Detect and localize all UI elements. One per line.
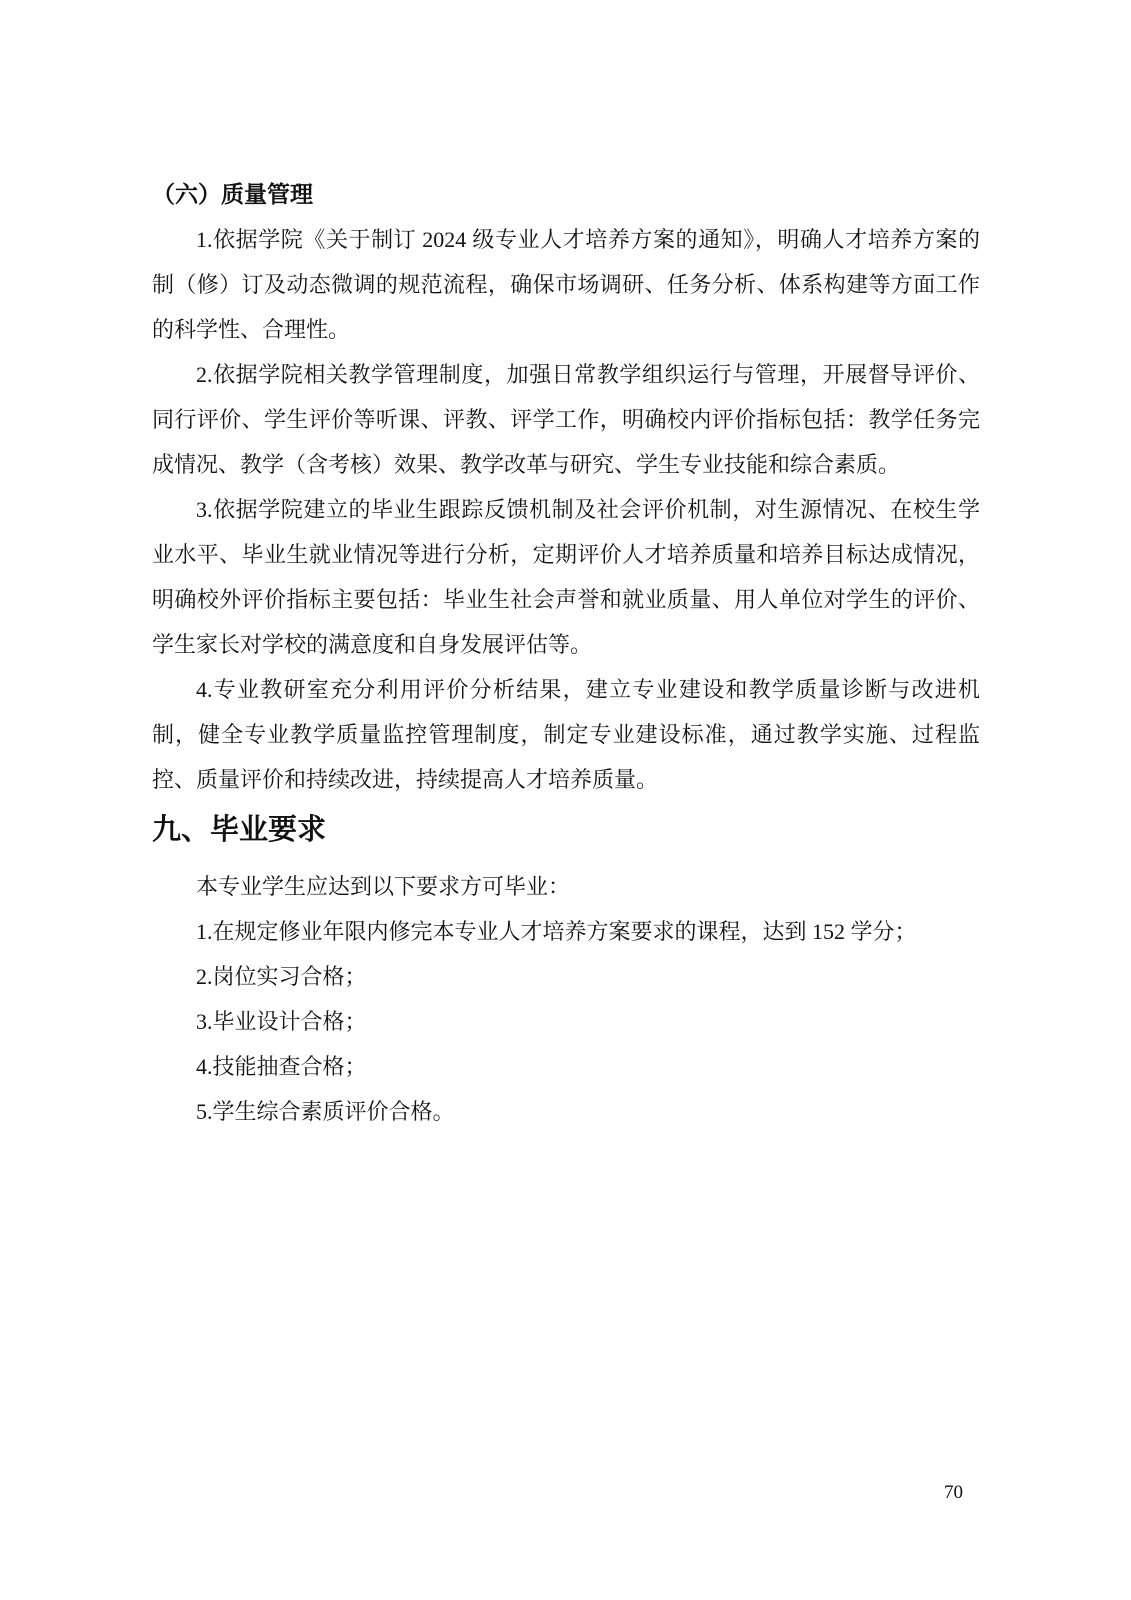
quality-paragraph-4: 4.专业教研室充分利用评价分析结果，建立专业建设和教学质量诊断与改进机制，健全专… (152, 667, 980, 802)
quality-paragraph-1: 1.依据学院《关于制订 2024 级专业人才培养方案的通知》，明确人才培养方案的… (152, 217, 980, 352)
graduation-item-1: 1.在规定修业年限内修完本专业人才培养方案要求的课程，达到 152 学分； (152, 909, 980, 954)
section-heading-graduation-requirements: 九、毕业要求 (152, 810, 980, 850)
page-content: （六）质量管理 1.依据学院《关于制订 2024 级专业人才培养方案的通知》，明… (152, 172, 980, 1134)
graduation-item-4: 4.技能抽查合格； (152, 1044, 980, 1089)
graduation-item-5: 5.学生综合素质评价合格。 (152, 1089, 980, 1134)
graduation-item-3: 3.毕业设计合格； (152, 999, 980, 1044)
graduation-item-2: 2.岗位实习合格； (152, 954, 980, 999)
graduation-intro: 本专业学生应达到以下要求方可毕业： (152, 864, 980, 909)
section-heading-quality-management: （六）质量管理 (152, 172, 980, 217)
page-number: 70 (944, 1482, 963, 1504)
quality-paragraph-2: 2.依据学院相关教学管理制度，加强日常教学组织运行与管理，开展督导评价、同行评价… (152, 352, 980, 487)
document-page: （六）质量管理 1.依据学院《关于制订 2024 级专业人才培养方案的通知》，明… (0, 0, 1131, 1600)
quality-paragraph-3: 3.依据学院建立的毕业生跟踪反馈机制及社会评价机制，对生源情况、在校生学业水平、… (152, 487, 980, 667)
